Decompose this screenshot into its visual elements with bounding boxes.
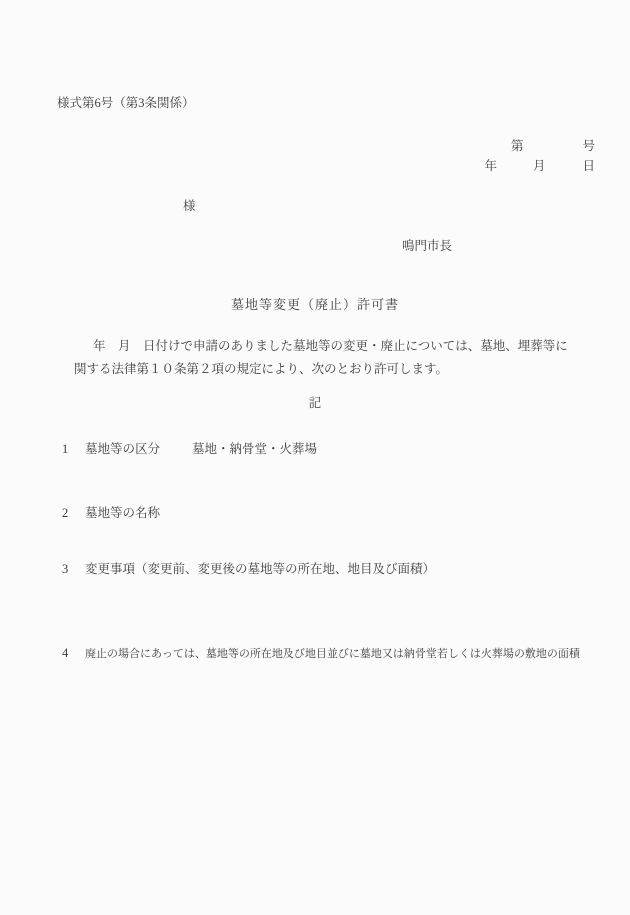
date-year-blank [497,169,533,170]
item-2-number: 2 [62,506,85,521]
record-marker: 記 [0,396,630,411]
item-3-label: 変更事項（変更前、変更後の墓地等の所在地、地目及び面積） [85,562,435,576]
item-1-value: 墓地・納骨堂・火葬場 [192,442,317,456]
document-title: 墓地等変更（廃止）許可書 [0,297,630,313]
body-paragraph-line2: 関する法律第１０条第２項の規定により、次のとおり許可します。 [74,362,448,377]
date-month-blank [545,169,582,170]
item-2-row: 2墓地等の名称 [62,506,160,521]
doc-number-blank [523,149,582,150]
item-4-number: 4 [62,646,85,661]
item-1-number: 1 [62,442,85,457]
item-1-row: 1墓地等の区分墓地・納骨堂・火葬場 [62,442,317,457]
doc-number-prefix: 第 [511,139,524,153]
permit-document-page: 様式第6号（第3条関係） 第号 年月日 様 鳴門市長 墓地等変更（廃止）許可書 … [0,0,630,915]
date-year-label: 年 [484,159,497,173]
item-2-label: 墓地等の名称 [85,506,160,520]
date-month-label: 月 [533,159,546,173]
item-1-label: 墓地等の区分 [85,442,160,456]
issuer-mayor: 鳴門市長 [402,239,452,254]
item-4-row: 4廃止の場合にあっては、墓地等の所在地及び地目並びに墓地又は納骨堂若しくは火葬場… [62,646,580,661]
item-3-row: 3変更事項（変更前、変更後の墓地等の所在地、地目及び面積） [62,562,435,577]
document-number-line: 第号 [511,139,595,154]
item-4-label: 廃止の場合にあっては、墓地等の所在地及び地目並びに墓地又は納骨堂若しくは火葬場の… [85,648,580,660]
body-paragraph-line1: 年 月 日付けで申請のありました墓地等の変更・廃止については、墓地、埋葬等に [93,339,568,354]
addressee-honorific: 様 [183,199,196,214]
doc-number-suffix: 号 [582,139,595,153]
date-day-label: 日 [582,159,595,173]
date-line: 年月日 [484,159,595,174]
form-style-number: 様式第6号（第3条関係） [57,96,195,111]
item-3-number: 3 [62,562,85,577]
